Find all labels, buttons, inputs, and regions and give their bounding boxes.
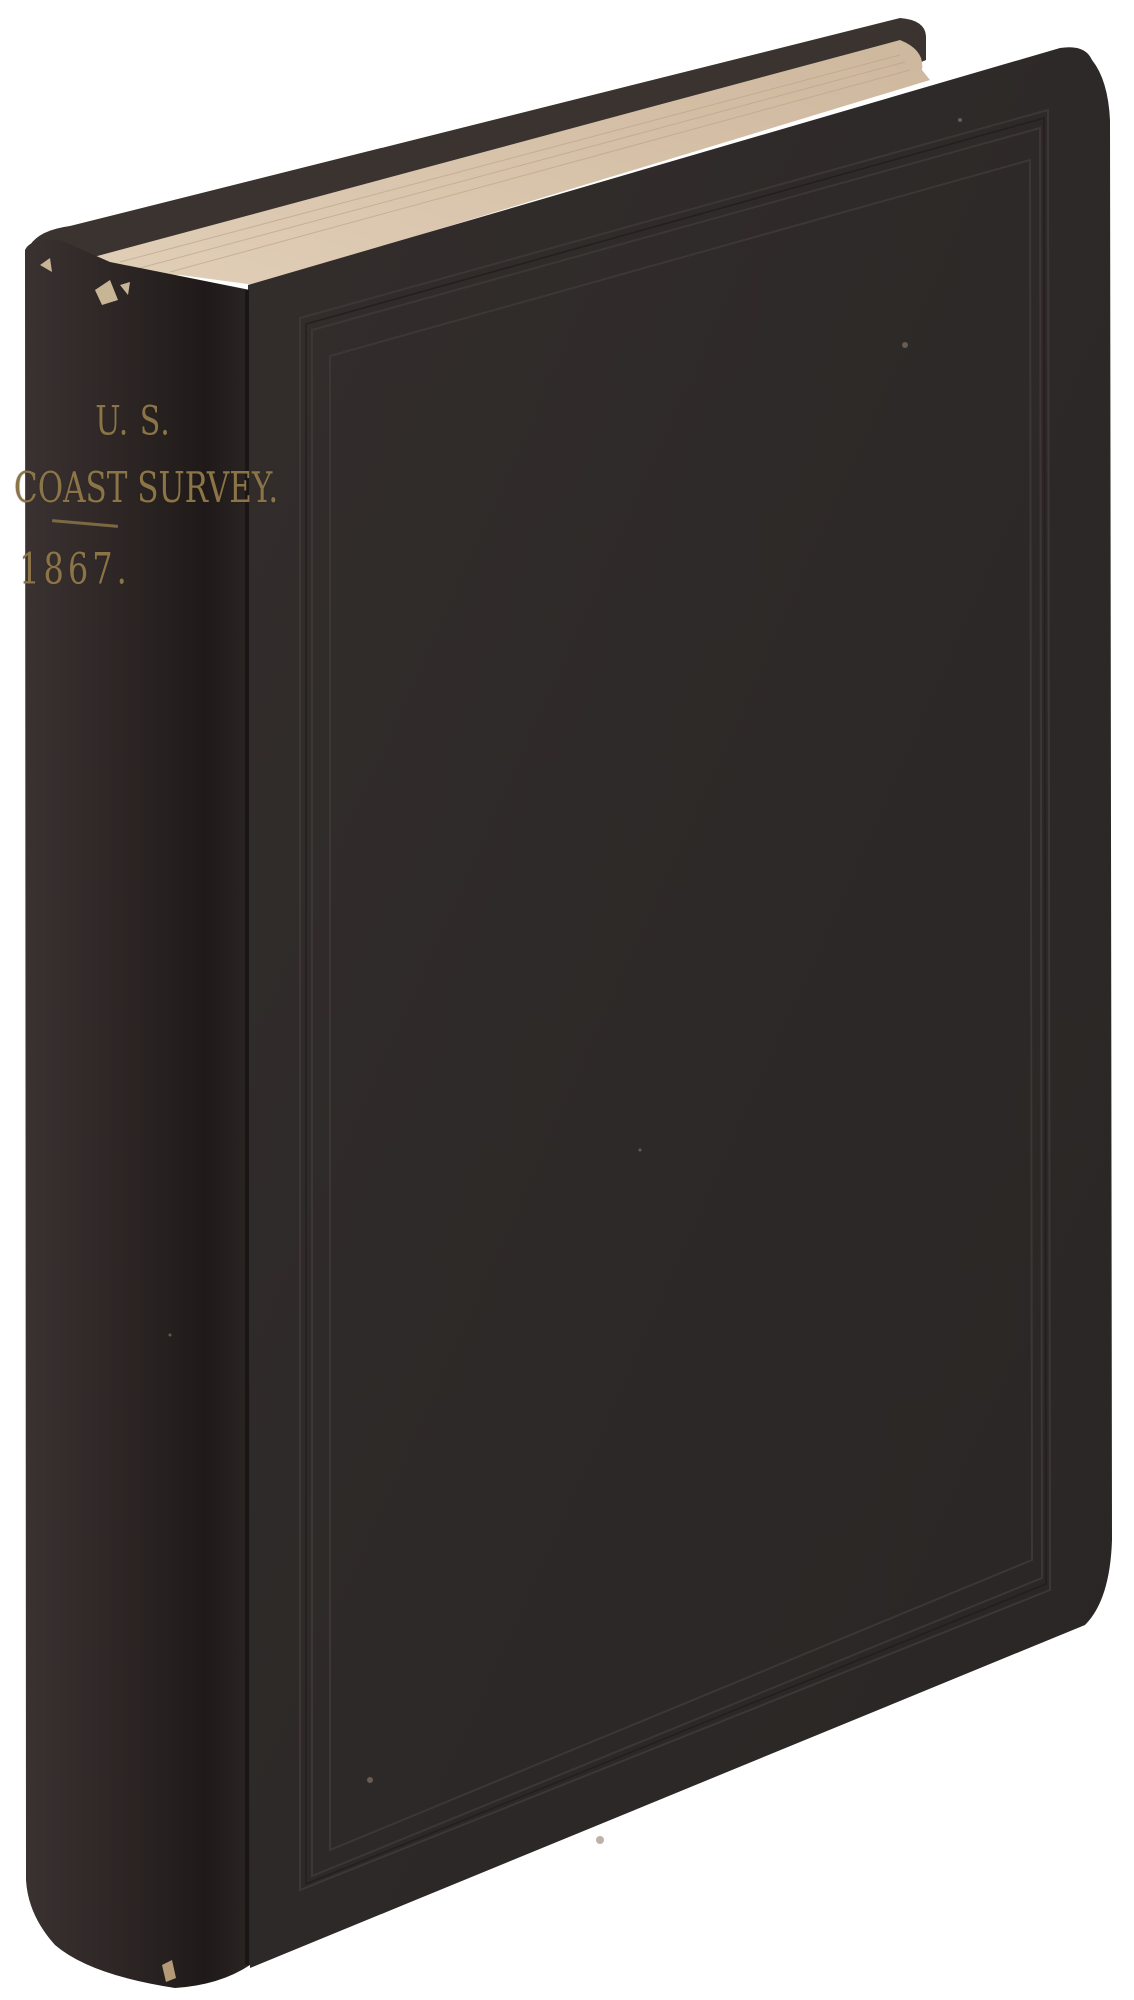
spine-title-coast-survey: COAST SURVEY. xyxy=(14,464,234,513)
front-cover xyxy=(248,47,1112,1968)
spine-title-us: U. S. xyxy=(22,398,244,445)
book-illustration xyxy=(0,0,1134,2000)
spine-year: 1867. xyxy=(0,543,150,594)
book-photo: U. S. COAST SURVEY. 1867. xyxy=(0,0,1134,2000)
hinge-line xyxy=(245,290,249,1965)
